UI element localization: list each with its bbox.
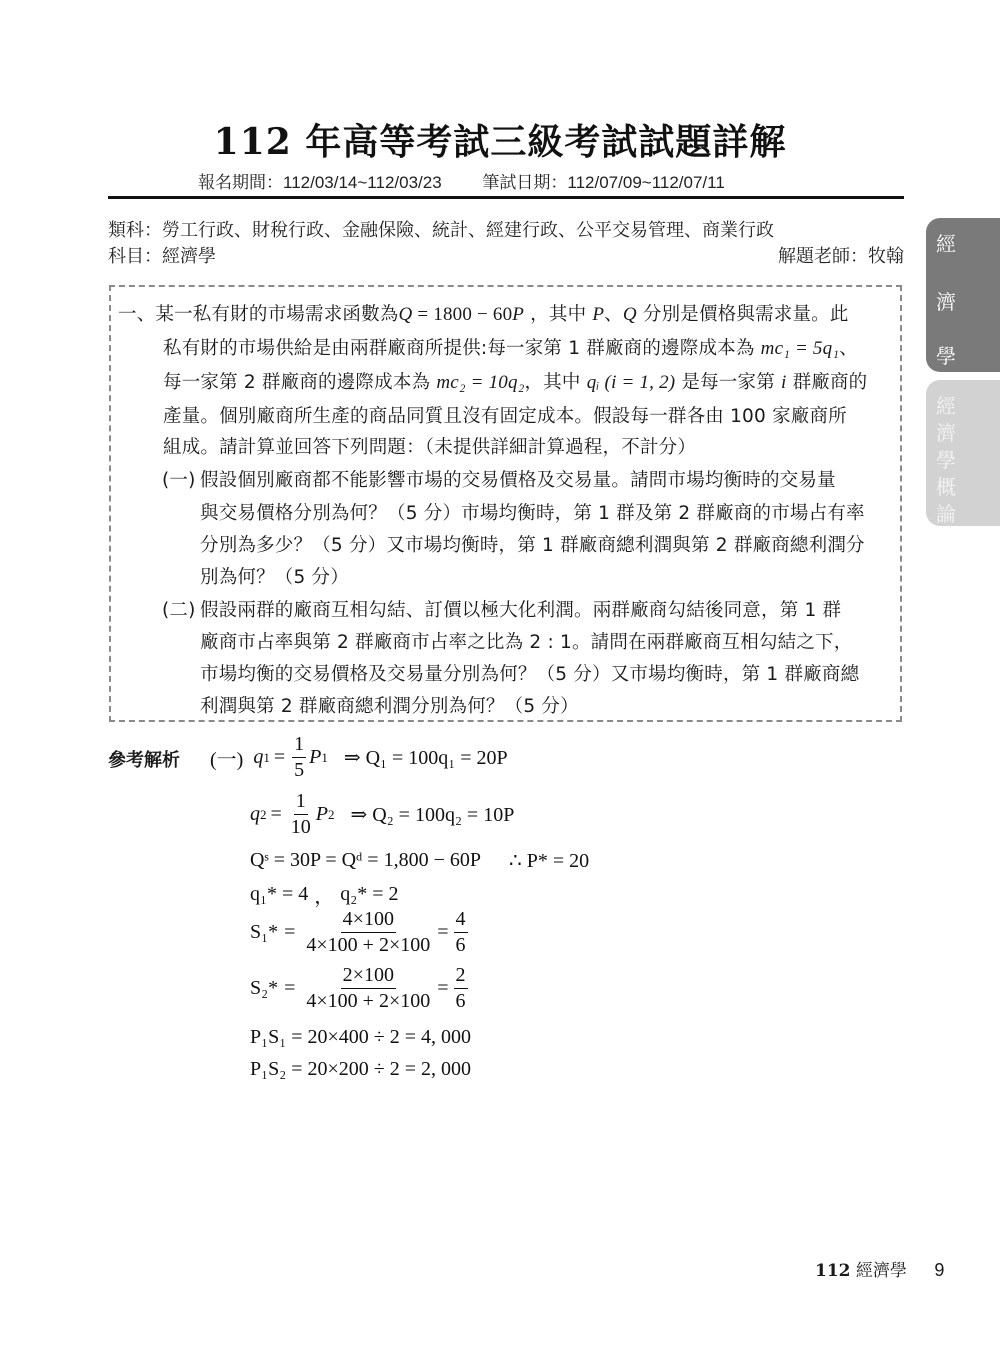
part-2-line: 廠商市占率與第 2 群廠商市占率之比為 2 : 1。請問在兩群廠商互相勾結之下， (200, 628, 852, 654)
teacher: 解題老師：牧翰 (778, 242, 904, 268)
header-divider (108, 196, 904, 199)
question-line-2: 私有財的市場供給是由兩群廠商所提供:每一家第 1 群廠商的邊際成本為 mc₁ =… (163, 334, 858, 360)
exam-date: 筆試日期：112/07/09~112/07/11 (482, 173, 724, 192)
tab-char: 概 (936, 471, 956, 500)
equation-profit-2: P₁S₂ = 20×200 ÷ 2 = 2, 000 (250, 1058, 471, 1081)
part-1-line: 與交易價格分別為何？（5 分）市場均衡時，第 1 群及第 2 群廠商的市場占有率 (200, 499, 865, 525)
question-line-3: 每一家第 2 群廠商的邊際成本為 mc₂ = 10q₂，其中 qᵢ (i = 1… (163, 368, 867, 394)
tab-char: 經 (936, 390, 956, 419)
solution-part-label: (一) (210, 743, 243, 772)
question-number: 一、 (118, 304, 155, 325)
side-tab-economics[interactable]: 經 濟 學 (926, 218, 1000, 372)
part-2-label: (二) (162, 596, 196, 622)
part-1-line: 分別為多少？（5 分）又市場均衡時，第 1 群廠商總利潤與第 2 群廠商總利潤分 (200, 531, 865, 557)
part-2-line: 市場均衡的交易價格及交易量分別為何？（5 分）又市場均衡時，第 1 群廠商總 (200, 660, 859, 686)
equation-equilibrium: Qˢ = 30P = Qᵈ = 1,800 − 60P ∴ P* = 20 (250, 848, 589, 873)
tab-char: 濟 (936, 417, 956, 446)
fraction: 26 (454, 964, 468, 1013)
page-title: 112 年高等考試三級考試試題詳解 (0, 114, 1000, 165)
fraction: 2×1004×100 + 2×100 (304, 964, 432, 1013)
exam-dates: 報名期間：112/03/14~112/03/23 筆試日期：112/07/09~… (198, 168, 725, 193)
subject-line: 科目：經濟學 解題老師：牧翰 (108, 242, 904, 268)
part-1-label: (一) (162, 466, 196, 492)
fraction: 4×1004×100 + 2×100 (304, 908, 432, 957)
tab-char: 經 (936, 228, 956, 257)
tab-char: 學 (936, 340, 956, 369)
equation-share-1: S₁* = 4×1004×100 + 2×100 = 46 (250, 908, 471, 957)
part-2-line: 利潤與第 2 群廠商總利潤分別為何？（5 分） (200, 692, 579, 718)
tab-char: 論 (936, 498, 956, 527)
solution-label: 參考解析 (108, 746, 180, 772)
side-tab-intro-economics[interactable]: 經 濟 學 概 論 (926, 380, 1000, 526)
registration-period: 報名期間：112/03/14~112/03/23 (198, 173, 442, 192)
tab-char: 濟 (936, 286, 956, 315)
question-line-4: 產量。個別廠商所生產的商品同質且沒有固定成本。假設每一群各由 100 家廠商所 (163, 402, 847, 428)
part-1-line: 假設個別廠商都不能影響市場的交易價格及交易量。請問市場均衡時的交易量 (200, 466, 836, 492)
page-number: 9 (934, 1260, 944, 1280)
equation-q2: q2 = 110 P2 ⇒ Q₂ = 100q₂ = 10P (250, 790, 514, 839)
equation-q1: (一) q1 = 15 P1 ⇒ Q₁ = 100q₁ = 20P (210, 733, 508, 782)
part-1-line: 別為何？（5 分） (200, 563, 349, 589)
fraction: 110 (289, 790, 313, 839)
part-2-line: 假設兩群的廠商互相勾結、訂價以極大化利潤。兩群廠商勾結後同意，第 1 群 (200, 596, 841, 622)
equation-share-2: S₂* = 2×1004×100 + 2×100 = 26 (250, 964, 471, 1013)
footer-book: 經濟學 (856, 1261, 907, 1281)
categories-line: 類科：勞工行政、財稅行政、金融保險、統計、經建行政、公平交易管理、商業行政 (108, 216, 904, 242)
fraction: 15 (292, 733, 306, 782)
equation-profit-1: P₁S₁ = 20×400 ÷ 2 = 4, 000 (250, 1026, 471, 1049)
fraction: 46 (454, 908, 468, 957)
equation-quantities: q₁* = 4 ， q₂* = 2 (250, 880, 399, 909)
question-line-1: 一、某一私有財的市場需求函數為Q = 1800 − 60P ，其中 P、Q 分別… (118, 300, 849, 326)
footer-year: 112 (815, 1261, 851, 1281)
question-line-5: 組成。請計算並回答下列問題：（未提供詳細計算過程，不計分） (163, 433, 696, 459)
page-footer: 112 經濟學 9 (815, 1256, 944, 1281)
tab-char: 學 (936, 444, 956, 473)
subject: 科目：經濟學 (108, 242, 216, 268)
